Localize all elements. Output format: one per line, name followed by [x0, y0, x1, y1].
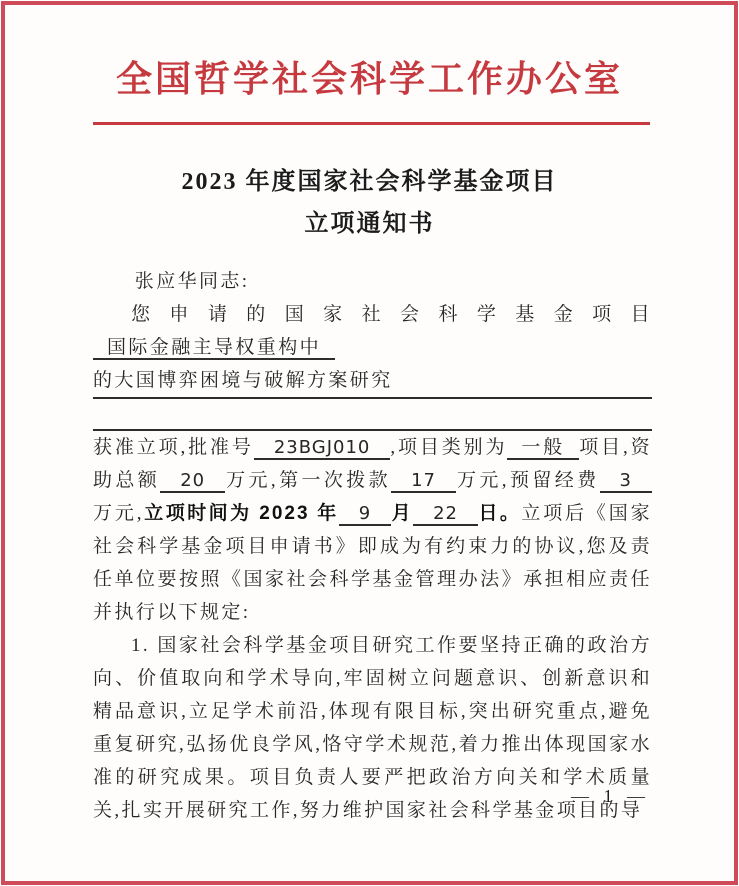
project-title-blank-part1: 国际金融主导权重构中	[93, 337, 335, 360]
approval-text-2: ,项目类别为	[390, 437, 507, 458]
red-divider-line	[93, 122, 650, 125]
document-page: 全国哲学社会科学工作办公室 2023 年度国家社会科学基金项目 立项通知书 张应…	[0, 0, 739, 886]
document-title-line2: 立项通知书	[5, 203, 734, 245]
page-number: — 1 —	[571, 786, 650, 807]
reserved-fund-blank: 3	[600, 470, 652, 493]
approval-date-lead-bold: 立项时间为 2023 年	[144, 503, 339, 524]
approval-text-6: 万元,	[93, 503, 144, 524]
document-title: 2023 年度国家社会科学基金项目 立项通知书	[5, 161, 734, 245]
approval-text-1: 获准立项,批准号	[93, 437, 254, 458]
first-payment-blank: 17	[391, 470, 456, 493]
letter-body: 张应华同志: 您申请的国家社会科学基金项目国际金融主导权重构中 的大国博弈困境与…	[93, 265, 652, 827]
approval-day-unit-bold: 日。	[478, 503, 521, 524]
approval-month-blank: 9	[339, 503, 391, 526]
intro-lead-text: 您申请的国家社会科学基金项目	[131, 304, 652, 325]
project-title-blank-part2: 的大国博弈困境与破解方案研究	[93, 370, 393, 391]
issuing-org-title: 全国哲学社会科学工作办公室	[5, 51, 734, 102]
regulation-item-1: 1. 国家社会科学基金项目研究工作要坚持正确的政治方向、价值取向和学术导向,牢固…	[93, 629, 652, 827]
salutation: 张应华同志:	[93, 265, 652, 298]
total-amount-blank: 20	[160, 470, 225, 493]
blank-underline-row	[93, 399, 652, 431]
intro-line: 您申请的国家社会科学基金项目国际金融主导权重构中	[93, 298, 652, 364]
project-category-blank: 一般	[507, 437, 579, 460]
approval-day-blank: 22	[413, 503, 478, 526]
approval-paragraph: 获准立项,批准号23BGJ010,项目类别为一般项目,资助总额20万元,第一次拨…	[93, 431, 652, 629]
grant-number-blank: 23BGJ010	[254, 437, 391, 460]
approval-text-5: 万元,预留经费	[456, 470, 600, 491]
document-title-line1: 2023 年度国家社会科学基金项目	[5, 161, 734, 203]
approval-month-unit-bold: 月	[391, 503, 413, 524]
approval-text-4: 万元,第一次拨款	[225, 470, 391, 491]
project-title-underline-row: 的大国博弈困境与破解方案研究	[93, 364, 652, 399]
